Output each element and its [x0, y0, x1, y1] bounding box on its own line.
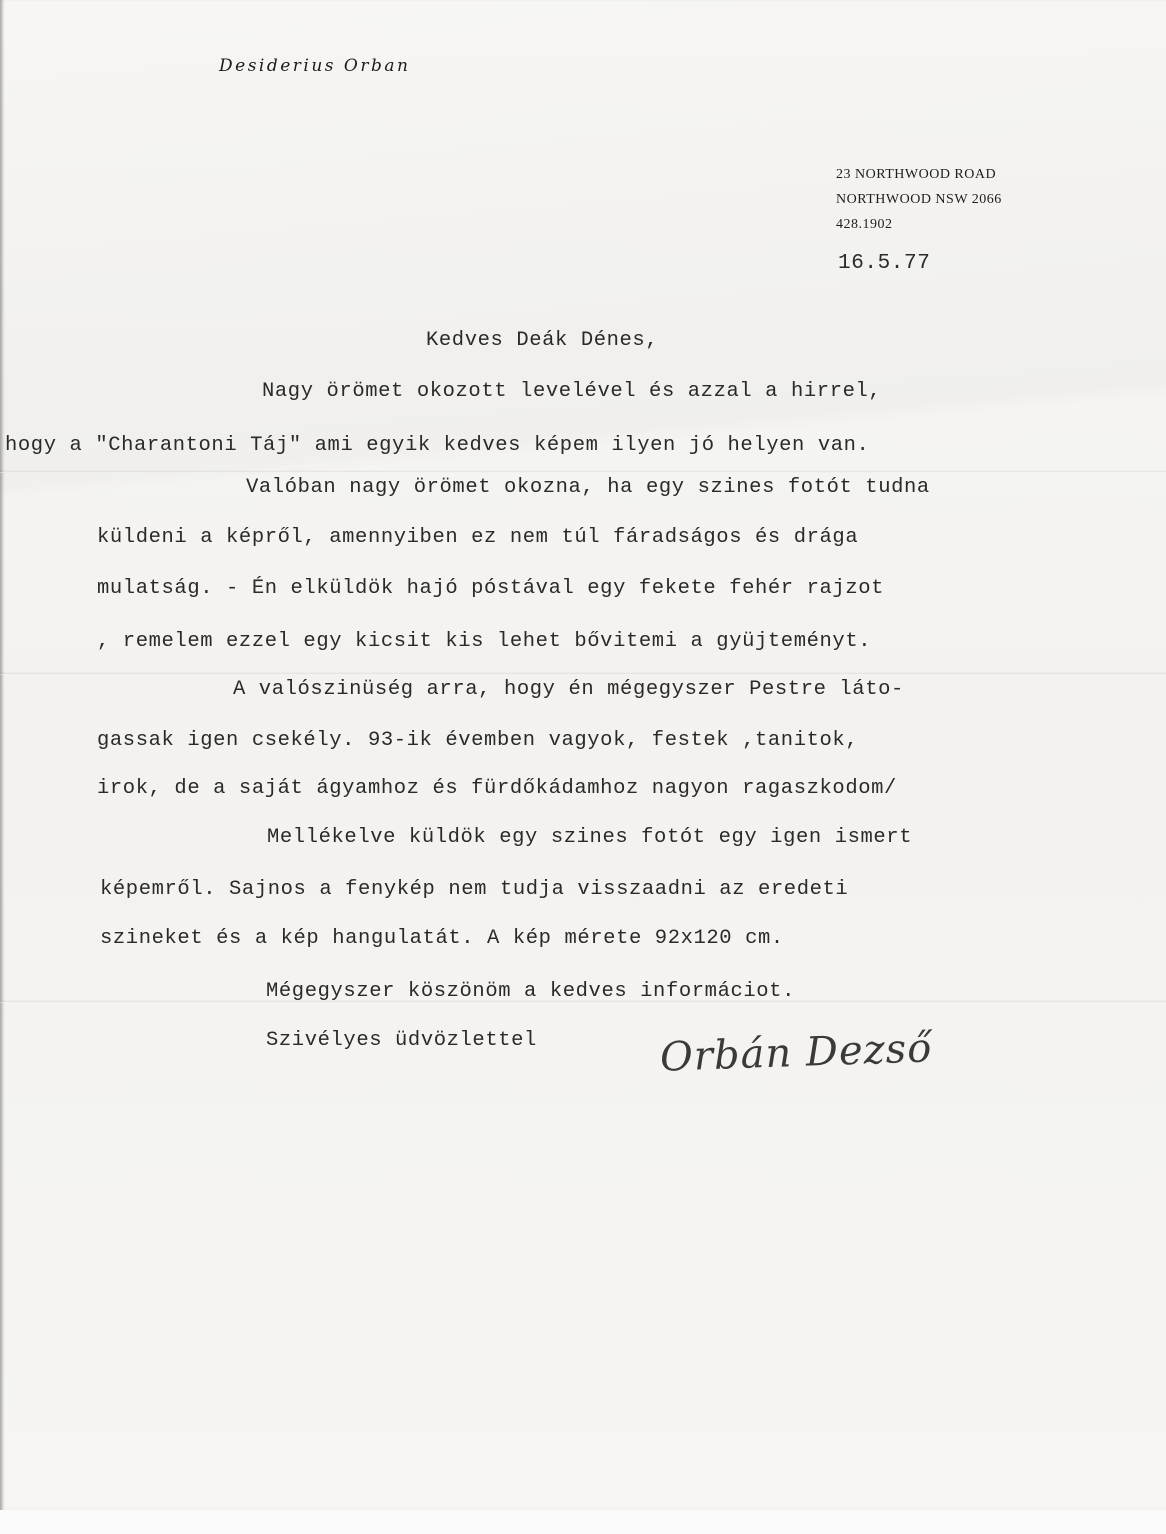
salutation: Kedves Deák Dénes,	[426, 329, 658, 352]
body-line: mulatság. - Én elküldök hajó póstával eg…	[97, 577, 884, 600]
scan-margin	[0, 1510, 1166, 1534]
letterhead-name: Desiderius Orban	[219, 56, 410, 76]
handwritten-signature: Orbán Dezső	[659, 1025, 933, 1080]
body-line: küldeni a képről, amennyiben ez nem túl …	[97, 526, 858, 549]
body-line: Mégegyszer köszönöm a kedves informáciot…	[266, 980, 795, 1003]
body-line: Valóban nagy örömet okozna, ha egy szine…	[246, 476, 930, 499]
address-line: 23 NORTHWOOD ROAD	[836, 162, 1002, 187]
body-line: A valószinüség arra, hogy én mégegyszer …	[233, 678, 904, 701]
paper-fold	[0, 470, 1166, 473]
body-line: Mellékelve küldök egy szines fotót egy i…	[267, 826, 912, 849]
body-line: gassak igen csekély. 93-ik évemben vagyo…	[97, 729, 858, 752]
body-line: Szivélyes üdvözlettel	[266, 1029, 537, 1052]
letter-date: 16.5.77	[838, 252, 930, 275]
body-line: szineket és a kép hangulatát. A kép mére…	[100, 927, 784, 950]
address-line: NORTHWOOD NSW 2066	[836, 187, 1002, 212]
body-line: képemről. Sajnos a fenykép nem tudja vis…	[100, 878, 848, 901]
letterhead-address: 23 NORTHWOOD ROAD NORTHWOOD NSW 2066 428…	[836, 162, 1002, 237]
letter-page: Desiderius Orban 23 NORTHWOOD ROAD NORTH…	[0, 0, 1166, 1510]
paper-fold	[0, 672, 1166, 675]
phone-number: 428.1902	[836, 212, 1002, 237]
body-line: Nagy örömet okozott levelével és azzal a…	[262, 380, 881, 403]
body-line: irok, de a saját ágyamhoz és fürdőkádamh…	[97, 777, 897, 800]
body-line: hogy a "Charantoni Táj" ami egyik kedves…	[5, 434, 869, 457]
body-line: , remelem ezzel egy kicsit kis lehet bőv…	[97, 630, 871, 653]
